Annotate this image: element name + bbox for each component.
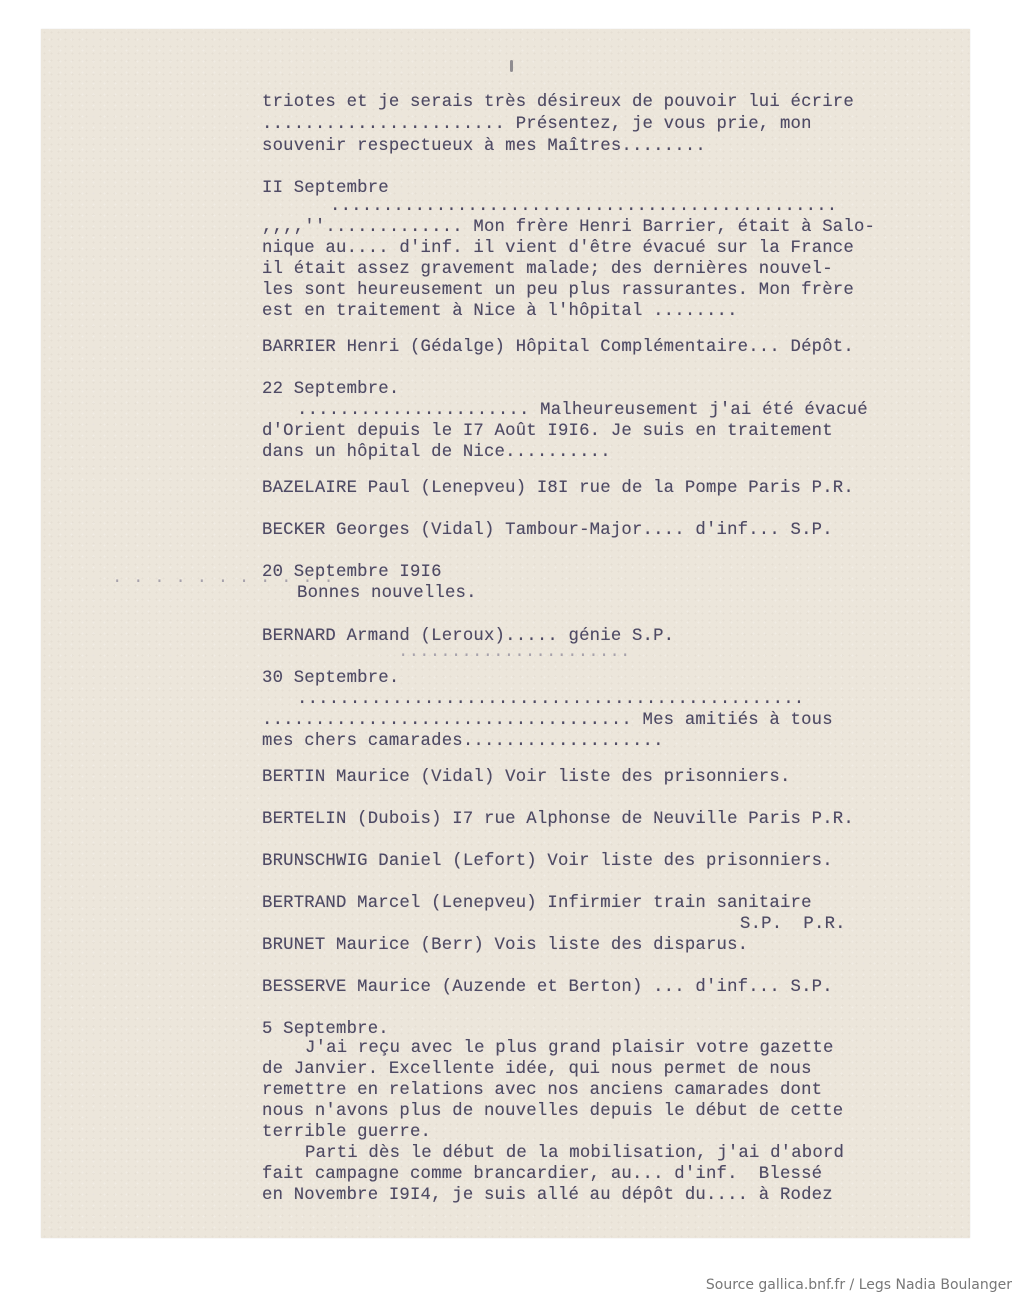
page-mark [510,60,513,72]
text-line: ........................................… [297,689,804,710]
text-line: ....................... Présentez, je vo… [262,114,812,135]
text-line: d'Orient depuis le I7 Août I9I6. Je suis… [262,421,833,442]
text-line: de Janvier. Excellente idée, qui nous pe… [262,1059,812,1080]
entry-line: BAZELAIRE Paul (Lenepveu) I8I rue de la … [262,478,854,499]
text-line: triotes et je serais très désireux de po… [262,92,854,113]
text-line: remettre en relations avec nos anciens c… [262,1080,822,1101]
entry-line: BERTIN Maurice (Vidal) Voir liste des pr… [262,767,791,788]
text-line: ........................................… [330,196,837,217]
text-line: S.P. P.R. [740,914,846,935]
date-heading: 30 Septembre. [262,668,399,689]
entry-line: BRUNET Maurice (Berr) Vois liste des dis… [262,935,748,956]
text-line: en Novembre I9I4, je suis allé au dépôt … [262,1185,833,1206]
entry-line: BERTELIN (Dubois) I7 rue Alphonse de Neu… [262,809,854,830]
text-line: Parti dès le début de la mobilisation, j… [305,1143,844,1164]
entry-line: BERTRAND Marcel (Lenepveu) Infirmier tra… [262,893,812,914]
text-line: terrible guerre. [262,1122,431,1143]
text-line: nous n'avons plus de nouvelles depuis le… [262,1101,843,1122]
text-line: ...................... Malheureusement j… [297,400,868,421]
date-heading: 22 Septembre. [262,379,399,400]
text-line: les sont heureusement un peu plus rassur… [262,280,854,301]
entry-line: BARRIER Henri (Gédalge) Hôpital Compléme… [262,337,854,358]
text-line: est en traitement à Nice à l'hôpital ...… [262,301,738,322]
text-line: ,,,,''............. Mon frère Henri Barr… [262,217,875,238]
text-line: mes chers camarades................... [262,731,664,752]
date-heading: 5 Septembre. [262,1019,389,1040]
source-credit: Source gallica.bnf.fr / Legs Nadia Boula… [706,1277,1012,1293]
entry-line: BECKER Georges (Vidal) Tambour-Major....… [262,520,833,541]
text-line: dans un hôpital de Nice.......... [262,442,611,463]
text-line: J'ai reçu avec le plus grand plaisir vot… [305,1038,834,1059]
text-line: souvenir respectueux à mes Maîtres......… [262,136,706,157]
margin-dots: ...................... [398,642,631,663]
text-line: ................................... Mes … [262,710,833,731]
entry-line: BRUNSCHWIG Daniel (Lefort) Voir liste de… [262,851,833,872]
text-line: nique au.... d'inf. il vient d'être évac… [262,238,854,259]
margin-dots: . . . . . . . . . . . [112,568,334,589]
text-line: fait campagne comme brancardier, au... d… [262,1164,822,1185]
entry-line: BESSERVE Maurice (Auzende et Berton) ...… [262,977,833,998]
text-line: il était assez gravement malade; des der… [262,259,833,280]
